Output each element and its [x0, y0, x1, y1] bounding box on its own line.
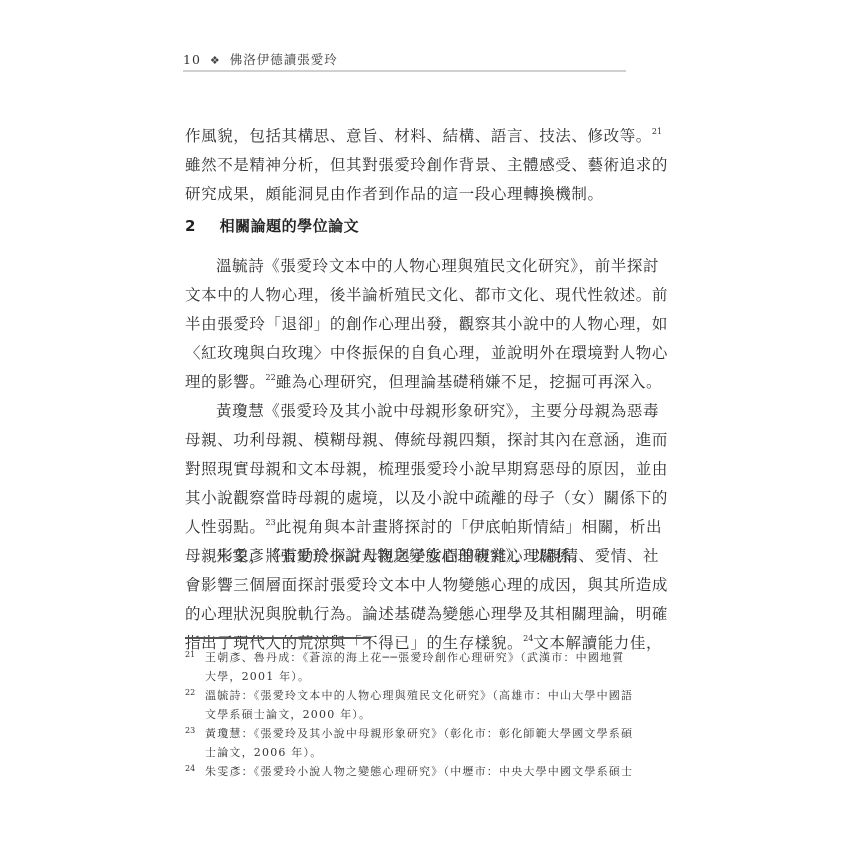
- text-line: 的心理狀況與脫軌行為。論述基礎為變態心理學及其相關理論，明確: [185, 600, 625, 629]
- text-line: 母親、功利母親、模糊母親、傳統母親四類，探討其內在意涵，進而: [185, 426, 625, 455]
- page-number: 10: [183, 52, 201, 67]
- footnote-line: 文學系碩士論文，2000 年）。: [205, 705, 630, 724]
- footnote-ref[interactable]: 23: [266, 518, 276, 527]
- text-line: 黃瓊慧《張愛玲及其小說中母親形象研究》，主要分母親為惡毒: [185, 397, 625, 426]
- paragraph-zhu-wenyan: 朱雯彥《張愛玲小說人物之變態心理研究》，以親情、愛情、社 會影響三個層面探討張愛…: [185, 542, 625, 658]
- footnote-line: 王朝彥、魯丹成：《蒼涼的海上花──張愛玲創作心理研究》（武漢市：中國地質: [205, 648, 630, 667]
- footnote-line: 士論文，2006 年）。: [205, 743, 630, 762]
- footnote-24: 24 朱雯彥：《張愛玲小說人物之變態心理研究》（中壢市：中央大學中國文學系碩士: [185, 762, 630, 781]
- header-rule: [183, 70, 626, 72]
- book-title: 佛洛伊德讀張愛玲: [230, 52, 338, 67]
- text-line: 人性弱點。23此視角與本計畫將探討的「伊底帕斯情結」相關，析出: [185, 513, 625, 542]
- section-title: 相關論題的學位論文: [220, 217, 360, 235]
- text-line: 理的影響。22雖為心理研究，但理論基礎稍嫌不足，挖掘可再深入。: [185, 368, 625, 397]
- text-line: 其小說觀察當時母親的處境，以及小說中疏離的母子（女）關係下的: [185, 484, 625, 513]
- footnote-separator: [185, 637, 370, 639]
- footnote-line: 黃瓊慧：《張愛玲及其小說中母親形象研究》（彰化市：彰化師範大學國文學系碩: [205, 724, 630, 743]
- running-header: 10 ❖ 佛洛伊德讀張愛玲: [183, 50, 338, 68]
- text-line: 作風貌，包括其構思、意旨、材料、結構、語言、技法、修改等。21: [185, 122, 625, 151]
- footnote-ref[interactable]: 21: [652, 127, 662, 136]
- text-line: 會影響三個層面探討張愛玲文本中人物變態心理的成因，與其所造成: [185, 571, 625, 600]
- text-line: 雖然不是精神分析，但其對張愛玲創作背景、主體感受、藝術追求的: [185, 151, 625, 180]
- text-line: 朱雯彥《張愛玲小說人物之變態心理研究》，以親情、愛情、社: [185, 542, 625, 571]
- book-page: 10 ❖ 佛洛伊德讀張愛玲 作風貌，包括其構思、意旨、材料、結構、語言、技法、修…: [0, 0, 850, 850]
- footnote-21: 21 王朝彥、魯丹成：《蒼涼的海上花──張愛玲創作心理研究》（武漢市：中國地質 …: [185, 648, 630, 686]
- footnote-number: 23: [185, 721, 195, 740]
- text-line: 研究成果，頗能洞見由作者到作品的這一段心理轉換機制。: [185, 180, 625, 209]
- footnote-22: 22 溫毓詩：《張愛玲文本中的人物心理與殖民文化研究》（高雄市：中山大學中國語 …: [185, 686, 630, 724]
- footnote-ref[interactable]: 22: [266, 373, 276, 382]
- footnotes: 21 王朝彥、魯丹成：《蒼涼的海上花──張愛玲創作心理研究》（武漢市：中國地質 …: [185, 648, 630, 781]
- footnote-line: 溫毓詩：《張愛玲文本中的人物心理與殖民文化研究》（高雄市：中山大學中國語: [205, 686, 630, 705]
- text-line: 半由張愛玲「退卻」的創作心理出發，觀察其小說中的人物心理，如: [185, 310, 625, 339]
- paragraph-continuation: 作風貌，包括其構思、意旨、材料、結構、語言、技法、修改等。21 雖然不是精神分析…: [185, 122, 625, 209]
- ornament-icon: ❖: [210, 54, 221, 67]
- section-heading: 2 相關論題的學位論文: [185, 215, 359, 236]
- footnote-number: 22: [185, 683, 195, 702]
- footnote-number: 21: [185, 645, 195, 664]
- footnote-23: 23 黃瓊慧：《張愛玲及其小說中母親形象研究》（彰化市：彰化師範大學國文學系碩 …: [185, 724, 630, 762]
- footnote-number: 24: [185, 759, 195, 778]
- text-line: 對照現實母親和文本母親，梳理張愛玲小說早期寫惡母的原因，並由: [185, 455, 625, 484]
- text-line: 〈紅玫瑰與白玫瑰〉中佟振保的自負心理，並說明外在環境對人物心: [185, 339, 625, 368]
- footnote-ref[interactable]: 24: [523, 634, 533, 643]
- footnote-line: 朱雯彥：《張愛玲小說人物之變態心理研究》（中壢市：中央大學中國文學系碩士: [205, 762, 630, 781]
- text-line: 溫毓詩《張愛玲文本中的人物心理與殖民文化研究》，前半探討: [185, 252, 625, 281]
- text-line: 文本中的人物心理，後半論析殖民文化、都市文化、現代性敘述。前: [185, 281, 625, 310]
- paragraph-wen-yushi: 溫毓詩《張愛玲文本中的人物心理與殖民文化研究》，前半探討 文本中的人物心理，後半…: [185, 252, 625, 397]
- footnote-line: 大學，2001 年）。: [205, 667, 630, 686]
- section-number: 2: [185, 217, 196, 235]
